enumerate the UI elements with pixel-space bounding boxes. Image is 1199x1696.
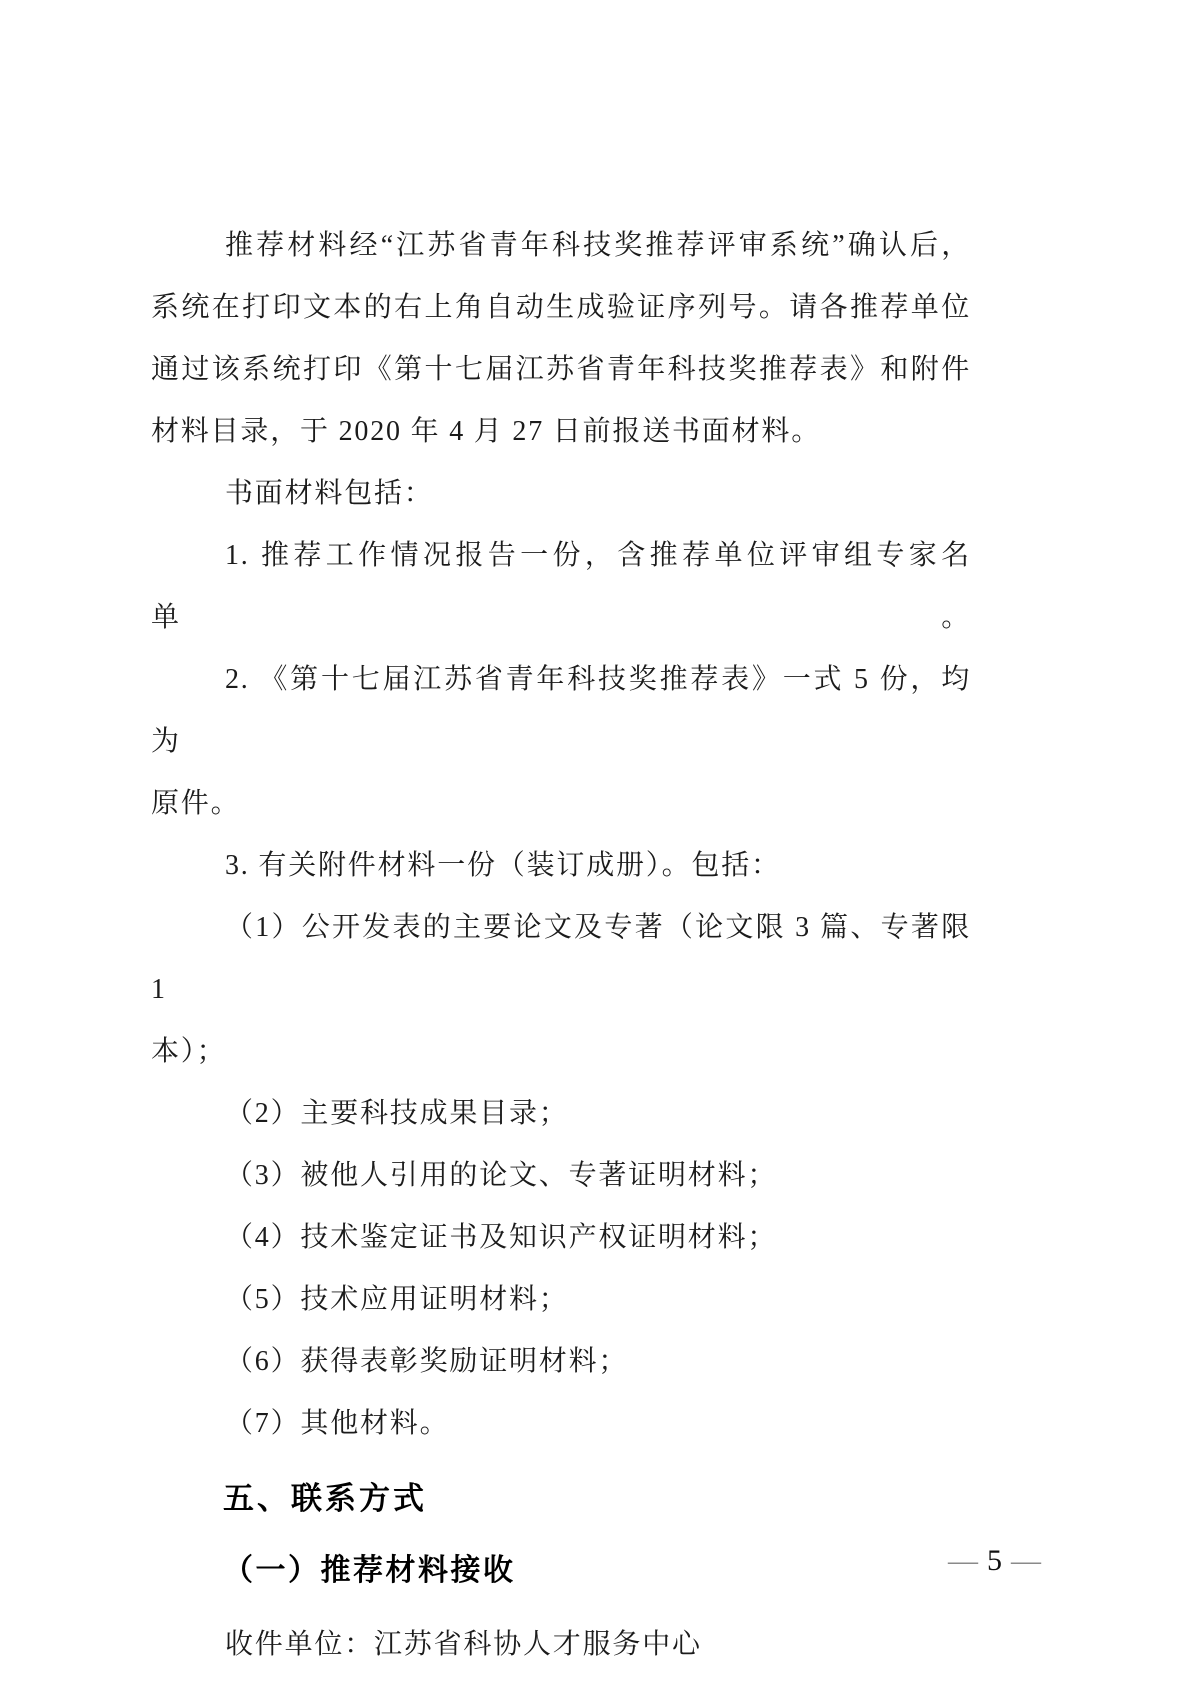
paragraph: （7）其他材料。 (151, 1393, 971, 1455)
paragraph: 收件单位：江苏省科协人才服务中心 (151, 1614, 971, 1676)
paragraph: （6）获得表彰奖励证明材料； (151, 1331, 971, 1393)
list-item: 2. 《第十七届江苏省青年科技奖推荐表》一式 5 份，均为 (151, 649, 971, 773)
sub-list-item: （4）技术鉴定证书及知识产权证明材料； (151, 1207, 971, 1269)
sub-list-item: （3）被他人引用的论文、专著证明材料； (151, 1145, 971, 1207)
paragraph: 2. 《第十七届江苏省青年科技奖推荐表》一式 5 份，均为 原件。 (151, 649, 971, 835)
body-line: 系统在打印文本的右上角自动生成验证序列号。请各推荐单位 (151, 277, 971, 339)
contact-line: 收件单位：江苏省科协人才服务中心 (151, 1614, 971, 1676)
paragraph: 1. 推荐工作情况报告一份，含推荐单位评审组专家名单。 (151, 525, 971, 649)
document-page: 推荐材料经“江苏省青年科技奖推荐评审系统”确认后， 系统在打印文本的右上角自动生… (0, 0, 1199, 1696)
paragraph: 书面材料包括： (151, 463, 971, 525)
sub-list-item: （1）公开发表的主要论文及专著（论文限 3 篇、专著限 1 (151, 897, 971, 1021)
paragraph: 推荐材料经“江苏省青年科技奖推荐评审系统”确认后， 系统在打印文本的右上角自动生… (151, 215, 971, 463)
body-line: 材料目录，于 2020 年 4 月 27 日前报送书面材料。 (151, 401, 971, 463)
page-number: —5— (948, 1544, 1041, 1578)
document-body: 推荐材料经“江苏省青年科技奖推荐评审系统”确认后， 系统在打印文本的右上角自动生… (151, 215, 971, 1676)
body-line: 书面材料包括： (151, 463, 971, 525)
body-line: 通过该系统打印《第十七届江苏省青年科技奖推荐表》和附件 (151, 339, 971, 401)
body-line: 本）； (151, 1021, 971, 1083)
body-line: 推荐材料经“江苏省青年科技奖推荐评审系统”确认后， (151, 215, 971, 277)
page-number-dash-left: — (948, 1544, 978, 1577)
paragraph: （4）技术鉴定证书及知识产权证明材料； (151, 1207, 971, 1269)
paragraph: 3. 有关附件材料一份（装订成册）。包括： (151, 835, 971, 897)
sub-list-item: （5）技术应用证明材料； (151, 1269, 971, 1331)
page-number-dash-right: — (1011, 1544, 1041, 1577)
paragraph: （1）公开发表的主要论文及专著（论文限 3 篇、专著限 1 本）； (151, 897, 971, 1083)
list-item: 1. 推荐工作情况报告一份，含推荐单位评审组专家名单。 (151, 525, 971, 649)
page-number-value: 5 (978, 1544, 1011, 1577)
body-line: 原件。 (151, 773, 971, 835)
paragraph: （5）技术应用证明材料； (151, 1269, 971, 1331)
paragraph: （3）被他人引用的论文、专著证明材料； (151, 1145, 971, 1207)
list-item: 3. 有关附件材料一份（装订成册）。包括： (151, 835, 971, 897)
sub-list-item: （6）获得表彰奖励证明材料； (151, 1331, 971, 1393)
sub-list-item: （7）其他材料。 (151, 1393, 971, 1455)
subsection-heading: （一）推荐材料接收 (151, 1540, 971, 1602)
sub-list-item: （2）主要科技成果目录； (151, 1083, 971, 1145)
section-heading: 五、联系方式 (151, 1468, 971, 1530)
paragraph: （2）主要科技成果目录； (151, 1083, 971, 1145)
